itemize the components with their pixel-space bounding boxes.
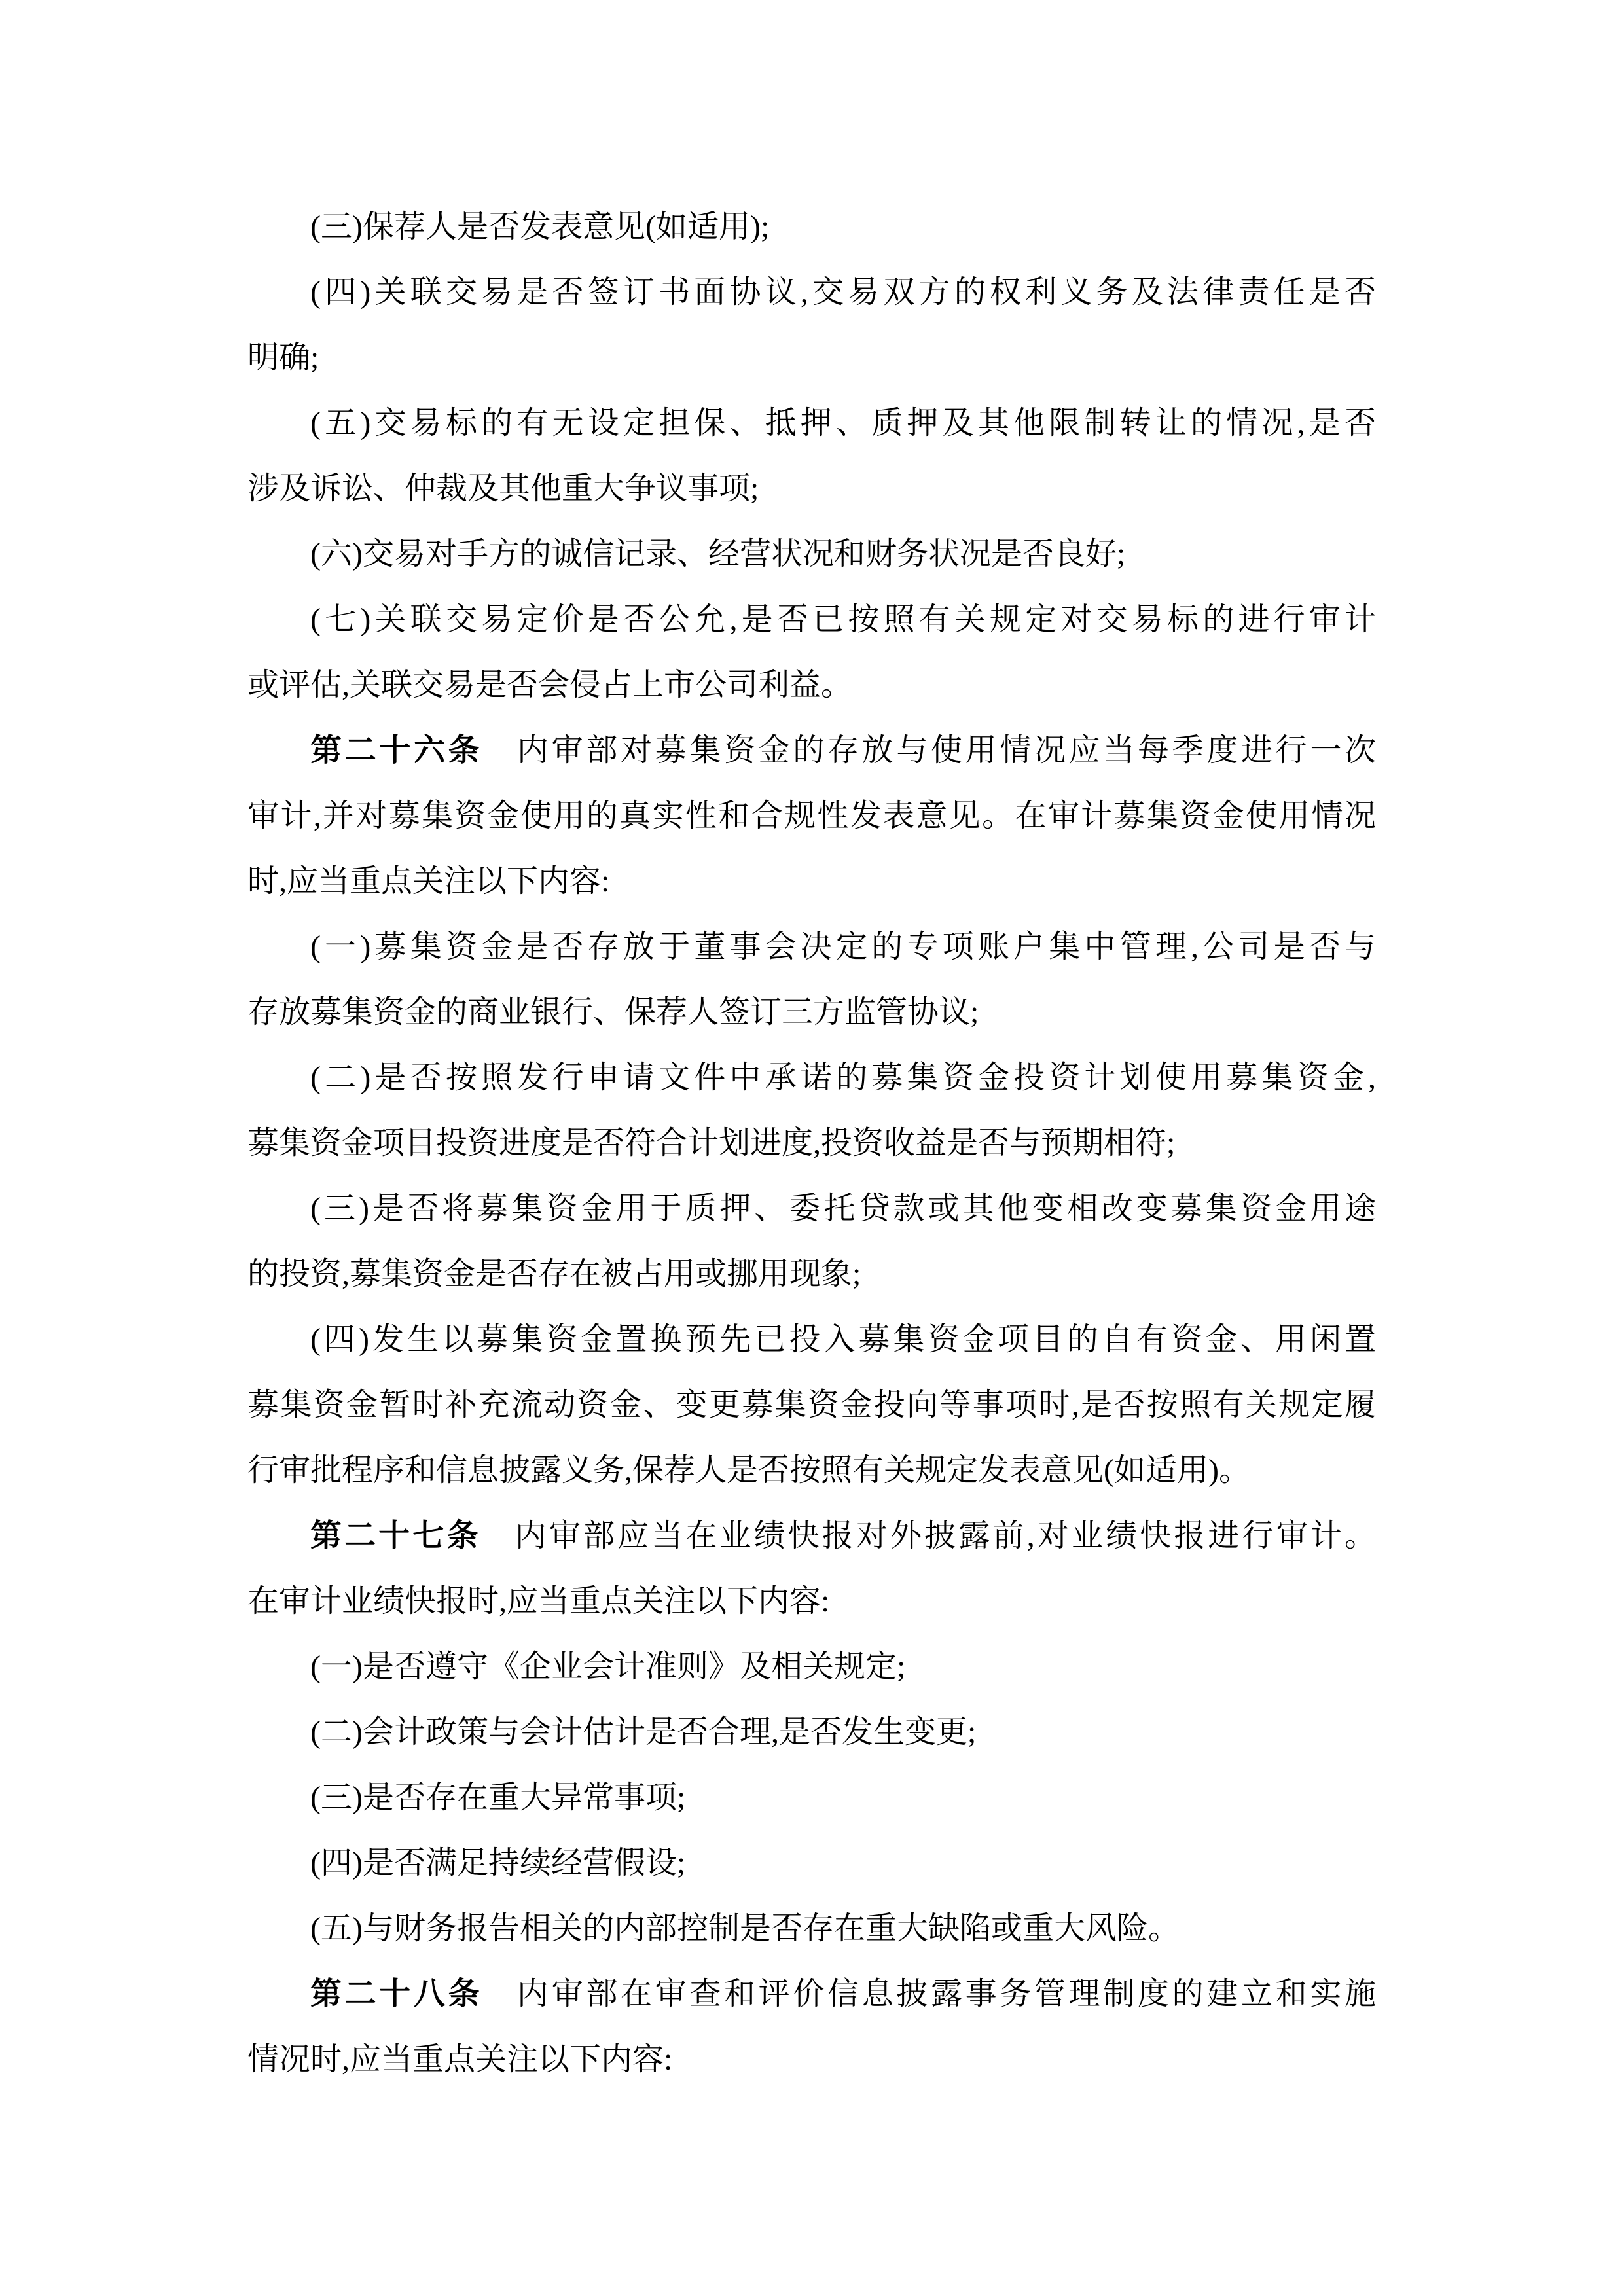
line-text: (二)是否按照发行申请文件中承诺的募集资金投资计划使用募集资金, (310, 1060, 1376, 1095)
line-text: 内审部对募集资金的存放与使用情况应当每季度进行一次 (482, 733, 1376, 768)
line-text: (四)发生以募集资金置换预先已投入募集资金项目的自有资金、用闲置 (310, 1322, 1376, 1357)
document-line: 在审计业绩快报时,应当重点关注以下内容: (247, 1569, 1376, 1634)
document-line: (一)募集资金是否存放于董事会决定的专项账户集中管理,公司是否与 (247, 914, 1376, 980)
document-line: 行审批程序和信息披露义务,保荐人是否按照有关规定发表意见(如适用)。 (247, 1438, 1376, 1503)
document-line: (一)是否遵守《企业会计准则》及相关规定; (247, 1634, 1376, 1700)
line-text: 在审计业绩快报时,应当重点关注以下内容: (247, 1584, 829, 1619)
line-text: (一)是否遵守《企业会计准则》及相关规定; (310, 1649, 905, 1684)
line-text: 存放募集资金的商业银行、保荐人签订三方监管协议; (247, 995, 979, 1030)
article-number: 第二十八条 (310, 1977, 482, 2011)
line-text: 涉及诉讼、仲裁及其他重大争议事项; (247, 471, 759, 506)
line-text: 或评估,关联交易是否会侵占上市公司利益。 (247, 668, 852, 702)
document-line: 募集资金项目投资进度是否符合计划进度,投资收益是否与预期相符; (247, 1111, 1376, 1176)
document-line: (五)交易标的有无设定担保、抵押、质押及其他限制转让的情况,是否 (247, 391, 1376, 456)
line-text: 内审部应当在业绩快报对外披露前,对业绩快报进行审计。 (481, 1518, 1376, 1553)
document-line: (二)是否按照发行申请文件中承诺的募集资金投资计划使用募集资金, (247, 1045, 1376, 1111)
document-line: (三)是否存在重大异常事项; (247, 1765, 1376, 1831)
document-line: 或评估,关联交易是否会侵占上市公司利益。 (247, 653, 1376, 718)
line-text: (五)交易标的有无设定担保、抵押、质押及其他限制转让的情况,是否 (310, 406, 1376, 440)
document-line: (六)交易对手方的诚信记录、经营状况和财务状况是否良好; (247, 522, 1376, 587)
document-line: 审计,并对募集资金使用的真实性和合规性发表意见。在审计募集资金使用情况 (247, 783, 1376, 849)
line-text: (四)是否满足持续经营假设; (310, 1846, 685, 1880)
line-text: (五)与财务报告相关的内部控制是否存在重大缺陷或重大风险。 (310, 1911, 1180, 1946)
document-page: (三)保荐人是否发表意见(如适用);(四)关联交易是否签订书面协议,交易双方的权… (0, 0, 1624, 2296)
document-line: 明确; (247, 325, 1376, 391)
document-line: 时,应当重点关注以下内容: (247, 849, 1376, 914)
document-line: (四)是否满足持续经营假设; (247, 1831, 1376, 1896)
document-line: 第二十八条 内审部在审查和评价信息披露事务管理制度的建立和实施 (247, 1962, 1376, 2027)
document-line: 情况时,应当重点关注以下内容: (247, 2027, 1376, 2092)
document-line: (七)关联交易定价是否公允,是否已按照有关规定对交易标的进行审计 (247, 587, 1376, 653)
line-text: (四)关联交易是否签订书面协议,交易双方的权利义务及法律责任是否 (310, 275, 1376, 310)
document-line: 存放募集资金的商业银行、保荐人签订三方监管协议; (247, 980, 1376, 1045)
line-text: (三)是否存在重大异常事项; (310, 1780, 685, 1815)
document-line: 的投资,募集资金是否存在被占用或挪用现象; (247, 1242, 1376, 1307)
document-line: 第二十六条 内审部对募集资金的存放与使用情况应当每季度进行一次 (247, 718, 1376, 783)
article-number: 第二十七条 (310, 1518, 481, 1553)
line-text: (六)交易对手方的诚信记录、经营状况和财务状况是否良好; (310, 537, 1125, 571)
document-line: 涉及诉讼、仲裁及其他重大争议事项; (247, 456, 1376, 522)
document-line: (三)是否将募集资金用于质押、委托贷款或其他变相改变募集资金用途 (247, 1176, 1376, 1242)
line-text: (一)募集资金是否存放于董事会决定的专项账户集中管理,公司是否与 (310, 929, 1376, 964)
line-text: 情况时,应当重点关注以下内容: (247, 2042, 672, 2077)
line-text: 时,应当重点关注以下内容: (247, 864, 609, 899)
line-text: (七)关联交易定价是否公允,是否已按照有关规定对交易标的进行审计 (310, 602, 1376, 637)
line-text: 明确; (247, 340, 319, 375)
document-line: (三)保荐人是否发表意见(如适用); (247, 194, 1376, 260)
line-text: (三)保荐人是否发表意见(如适用); (310, 209, 769, 244)
line-text: 募集资金暂时补充流动资金、变更募集资金投向等事项时,是否按照有关规定履 (247, 1388, 1376, 1422)
line-text: 的投资,募集资金是否存在被占用或挪用现象; (247, 1257, 861, 1291)
line-text: 行审批程序和信息披露义务,保荐人是否按照有关规定发表意见(如适用)。 (247, 1453, 1250, 1488)
document-line: (四)关联交易是否签订书面协议,交易双方的权利义务及法律责任是否 (247, 260, 1376, 325)
line-text: (二)会计政策与会计估计是否合理,是否发生变更; (310, 1715, 976, 1749)
article-number: 第二十六条 (310, 733, 482, 768)
line-text: 内审部在审查和评价信息披露事务管理制度的建立和实施 (482, 1977, 1376, 2011)
document-line: 募集资金暂时补充流动资金、变更募集资金投向等事项时,是否按照有关规定履 (247, 1372, 1376, 1438)
document-line: (二)会计政策与会计估计是否合理,是否发生变更; (247, 1700, 1376, 1765)
line-text: 募集资金项目投资进度是否符合计划进度,投资收益是否与预期相符; (247, 1126, 1175, 1160)
document-line: (五)与财务报告相关的内部控制是否存在重大缺陷或重大风险。 (247, 1896, 1376, 1962)
line-text: 审计,并对募集资金使用的真实性和合规性发表意见。在审计募集资金使用情况 (247, 798, 1376, 833)
line-text: (三)是否将募集资金用于质押、委托贷款或其他变相改变募集资金用途 (310, 1191, 1376, 1226)
document-line: 第二十七条 内审部应当在业绩快报对外披露前,对业绩快报进行审计。 (247, 1503, 1376, 1569)
document-body: (三)保荐人是否发表意见(如适用);(四)关联交易是否签订书面协议,交易双方的权… (247, 194, 1376, 2092)
document-line: (四)发生以募集资金置换预先已投入募集资金项目的自有资金、用闲置 (247, 1307, 1376, 1372)
